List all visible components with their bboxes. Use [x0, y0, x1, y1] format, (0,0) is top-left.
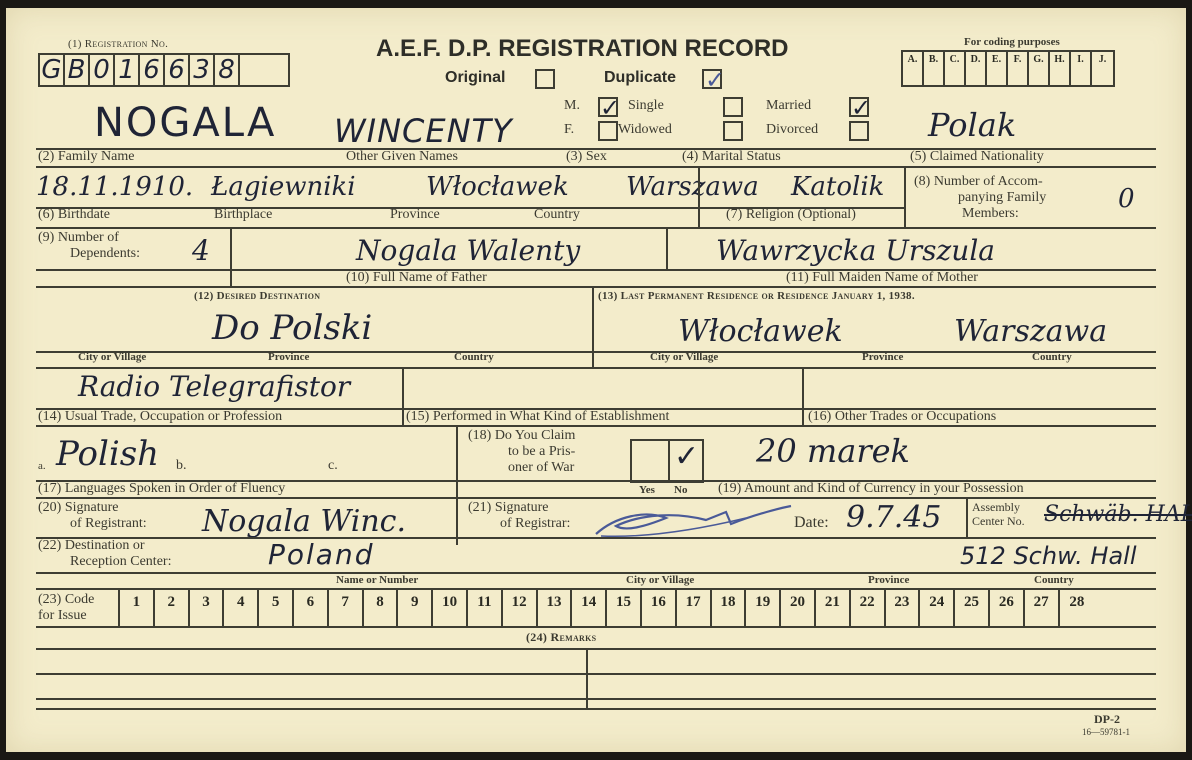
- desired-destination-label: (12) Desired Destination: [194, 290, 320, 302]
- father-name-label: (10) Full Name of Father: [346, 270, 487, 286]
- res-city-label: City or Village: [650, 351, 718, 363]
- issue-code-grid: 1 2 3 4 5 6 7 8 9 10 11 12 13 14 15 16 1…: [118, 590, 1094, 626]
- issue-code-label-1: (23) Code: [38, 592, 94, 608]
- last-residence-label: (13) Last Permanent Residence or Residen…: [598, 290, 915, 302]
- registrant-signature: Nogala Winc.: [202, 504, 406, 539]
- issue-cell[interactable]: 6: [294, 590, 329, 626]
- reception-province-label: Province: [868, 574, 909, 586]
- registrant-sig-label-1: (20) Signature: [38, 500, 118, 516]
- family-name-value: NOGALA: [94, 100, 276, 146]
- pow-no-label: No: [674, 484, 687, 496]
- issue-cell[interactable]: 24: [920, 590, 955, 626]
- given-name-value: WINCENTY: [334, 112, 513, 150]
- issue-cell[interactable]: 8: [364, 590, 399, 626]
- issue-cell[interactable]: 27: [1025, 590, 1060, 626]
- pow-label-2: to be a Pris-: [508, 444, 575, 460]
- sex-f-checkbox[interactable]: [598, 121, 618, 141]
- coding-cell: G.: [1029, 52, 1050, 85]
- reception-city-label: City or Village: [626, 574, 694, 586]
- lang-a-value: Polish: [56, 434, 159, 474]
- original-checkbox[interactable]: [535, 69, 555, 89]
- pow-label-1: (18) Do You Claim: [468, 428, 575, 444]
- sex-m-checkbox[interactable]: ✓: [598, 97, 618, 117]
- reception-label-1: (22) Destination or: [38, 538, 145, 554]
- nationality-value: Polak: [928, 106, 1016, 144]
- currency-value: 20 marek: [756, 432, 910, 470]
- issue-cell[interactable]: 2: [155, 590, 190, 626]
- languages-label: (17) Languages Spoken in Order of Fluenc…: [38, 481, 285, 497]
- residence-province-value: Warszawa: [954, 314, 1107, 349]
- reg-char: 8: [215, 55, 240, 85]
- registrar-sig-label-1: (21) Signature: [468, 500, 548, 516]
- widowed-label: Widowed: [618, 122, 672, 138]
- coding-cell: C.: [945, 52, 966, 85]
- coding-cell: J.: [1092, 52, 1113, 85]
- assembly-label-2: Center No.: [972, 514, 1025, 529]
- duplicate-checkbox[interactable]: ✓: [702, 69, 722, 89]
- nationality-label: (5) Claimed Nationality: [910, 149, 1044, 165]
- issue-cell[interactable]: 4: [224, 590, 259, 626]
- family-name-label: (2) Family Name: [38, 149, 134, 165]
- other-trades-label: (16) Other Trades or Occupations: [808, 409, 996, 425]
- widowed-checkbox[interactable]: [723, 121, 743, 141]
- birthdate-label: (6) Birthdate: [38, 207, 110, 223]
- issue-cell[interactable]: 19: [746, 590, 781, 626]
- accompanying-label-2: panying Family: [958, 190, 1046, 206]
- reg-char: 6: [165, 55, 190, 85]
- issue-cell[interactable]: 15: [607, 590, 642, 626]
- date-value: 9.7.45: [846, 500, 941, 535]
- coding-cell: F.: [1008, 52, 1029, 85]
- registrant-sig-label-2: of Registrant:: [70, 516, 147, 532]
- pow-no-checkbox[interactable]: ✓: [666, 439, 704, 483]
- dest-city-label: City or Village: [78, 351, 146, 363]
- father-name-value: Nogala Walenty: [356, 234, 580, 267]
- date-label: Date:: [794, 514, 829, 532]
- marital-status-label: (4) Marital Status: [682, 149, 781, 165]
- assembly-label-1: Assembly: [972, 500, 1020, 515]
- pow-yes-label: Yes: [639, 484, 655, 496]
- coding-cell: B.: [924, 52, 945, 85]
- dependents-value: 4: [192, 234, 210, 267]
- issue-cell[interactable]: 18: [712, 590, 747, 626]
- sex-label: (3) Sex: [566, 149, 607, 165]
- issue-cell[interactable]: 1: [120, 590, 155, 626]
- issue-cell[interactable]: 20: [781, 590, 816, 626]
- issue-cell[interactable]: 13: [538, 590, 573, 626]
- reg-char: G: [40, 55, 65, 85]
- assembly-value-struck: Schwäb. HALL: [1044, 502, 1192, 527]
- mother-name-value: Wawrzycka Urszula: [716, 234, 995, 267]
- single-label: Single: [628, 98, 664, 114]
- desired-destination-value: Do Polski: [212, 308, 372, 348]
- accompanying-label-1: (8) Number of Accom-: [914, 174, 1043, 190]
- issue-code-label-2: for Issue: [38, 608, 87, 624]
- res-province-label: Province: [862, 351, 903, 363]
- form-number: DP-2: [1094, 712, 1120, 727]
- issue-cell[interactable]: 3: [190, 590, 225, 626]
- issue-cell[interactable]: 10: [433, 590, 468, 626]
- divorced-checkbox[interactable]: [849, 121, 869, 141]
- coding-label: For coding purposes: [964, 36, 1060, 48]
- married-label: Married: [766, 98, 811, 114]
- residence-city-value: Włocławek: [678, 314, 843, 349]
- establishment-label: (15) Performed in What Kind of Establish…: [406, 409, 669, 425]
- issue-cell[interactable]: 26: [990, 590, 1025, 626]
- lang-c-label: c.: [328, 458, 338, 474]
- issue-cell[interactable]: 12: [503, 590, 538, 626]
- sex-f-label: F.: [564, 122, 574, 138]
- reg-char: 0: [90, 55, 115, 85]
- lang-a-label: a.: [38, 460, 46, 472]
- coding-cell: I.: [1071, 52, 1092, 85]
- coding-cell: H.: [1050, 52, 1071, 85]
- reg-char: 3: [190, 55, 215, 85]
- remarks-label: (24) Remarks: [526, 630, 596, 645]
- issue-cell[interactable]: 11: [468, 590, 503, 626]
- dest-country-label: Country: [454, 351, 494, 363]
- dependents-label-1: (9) Number of: [38, 230, 119, 246]
- registration-no-label: (1) Registration No.: [68, 38, 168, 50]
- issue-cell[interactable]: 21: [816, 590, 851, 626]
- birthplace-label: Birthplace: [214, 207, 272, 223]
- religion-label: (7) Religion (Optional): [726, 207, 856, 223]
- dependents-label-2: Dependents:: [70, 246, 140, 262]
- birth-province-label: Province: [390, 207, 440, 223]
- religion-value: Katolik: [791, 172, 884, 202]
- coding-grid: A. B. C. D. E. F. G. H. I. J.: [901, 50, 1115, 87]
- dest-province-label: Province: [268, 351, 309, 363]
- issue-cell[interactable]: 25: [955, 590, 990, 626]
- coding-cell: A.: [903, 52, 924, 85]
- sex-m-label: M.: [564, 98, 580, 114]
- mother-name-label: (11) Full Maiden Name of Mother: [786, 270, 978, 286]
- issue-cell[interactable]: 16: [642, 590, 677, 626]
- registration-no-cells: G B 0 1 6 6 3 8: [38, 53, 290, 87]
- assembly-center-value: 512 Schw. Hall: [960, 542, 1137, 570]
- currency-label: (19) Amount and Kind of Currency in your…: [718, 481, 1024, 497]
- registration-card: (1) Registration No. G B 0 1 6 6 3 8 A.E…: [6, 8, 1186, 752]
- occupation-label: (14) Usual Trade, Occupation or Professi…: [38, 409, 282, 425]
- reception-country-label: Country: [1034, 574, 1074, 586]
- pow-yes-checkbox[interactable]: [630, 439, 670, 483]
- married-checkbox[interactable]: ✓: [849, 97, 869, 117]
- birthdate-value: 18.11.1910.: [36, 172, 193, 202]
- reception-name-label: Name or Number: [336, 574, 418, 586]
- coding-cell: E.: [987, 52, 1008, 85]
- reg-char: 1: [115, 55, 140, 85]
- print-code: 16—59781-1: [1082, 727, 1130, 737]
- accompanying-value: 0: [1118, 184, 1135, 214]
- divorced-label: Divorced: [766, 122, 818, 138]
- occupation-value: Radio Telegrafistor: [78, 370, 350, 403]
- reg-char: 6: [140, 55, 165, 85]
- coding-cell: D.: [966, 52, 987, 85]
- registrar-sig-label-2: of Registrar:: [500, 516, 570, 532]
- issue-cell[interactable]: 7: [329, 590, 364, 626]
- pow-label-3: oner of War: [508, 460, 574, 476]
- original-label: Original: [445, 69, 505, 87]
- issue-cell[interactable]: 23: [886, 590, 921, 626]
- reception-label-2: Reception Center:: [70, 554, 171, 570]
- reception-value: Poland: [268, 538, 374, 571]
- issue-cell[interactable]: 28: [1060, 590, 1095, 626]
- birth-country-label: Country: [534, 207, 580, 223]
- accompanying-label-3: Members:: [962, 206, 1019, 222]
- single-checkbox[interactable]: [723, 97, 743, 117]
- birth-province-value: Włocławek: [426, 172, 569, 202]
- issue-cell[interactable]: 5: [259, 590, 294, 626]
- given-name-label: Other Given Names: [346, 149, 458, 165]
- birthplace-value: Łagiewniki: [211, 172, 356, 202]
- birth-country-value: Warszawa: [626, 172, 759, 202]
- res-country-label: Country: [1032, 351, 1072, 363]
- lang-b-label: b.: [176, 458, 187, 474]
- reg-char: [240, 55, 288, 85]
- document-title: A.E.F. D.P. REGISTRATION RECORD: [376, 35, 789, 63]
- issue-cell[interactable]: 14: [572, 590, 607, 626]
- reg-char: B: [65, 55, 90, 85]
- duplicate-label: Duplicate: [604, 69, 676, 87]
- issue-cell[interactable]: 22: [851, 590, 886, 626]
- issue-cell[interactable]: 9: [398, 590, 433, 626]
- remarks-field[interactable]: [38, 648, 584, 708]
- issue-cell[interactable]: 17: [677, 590, 712, 626]
